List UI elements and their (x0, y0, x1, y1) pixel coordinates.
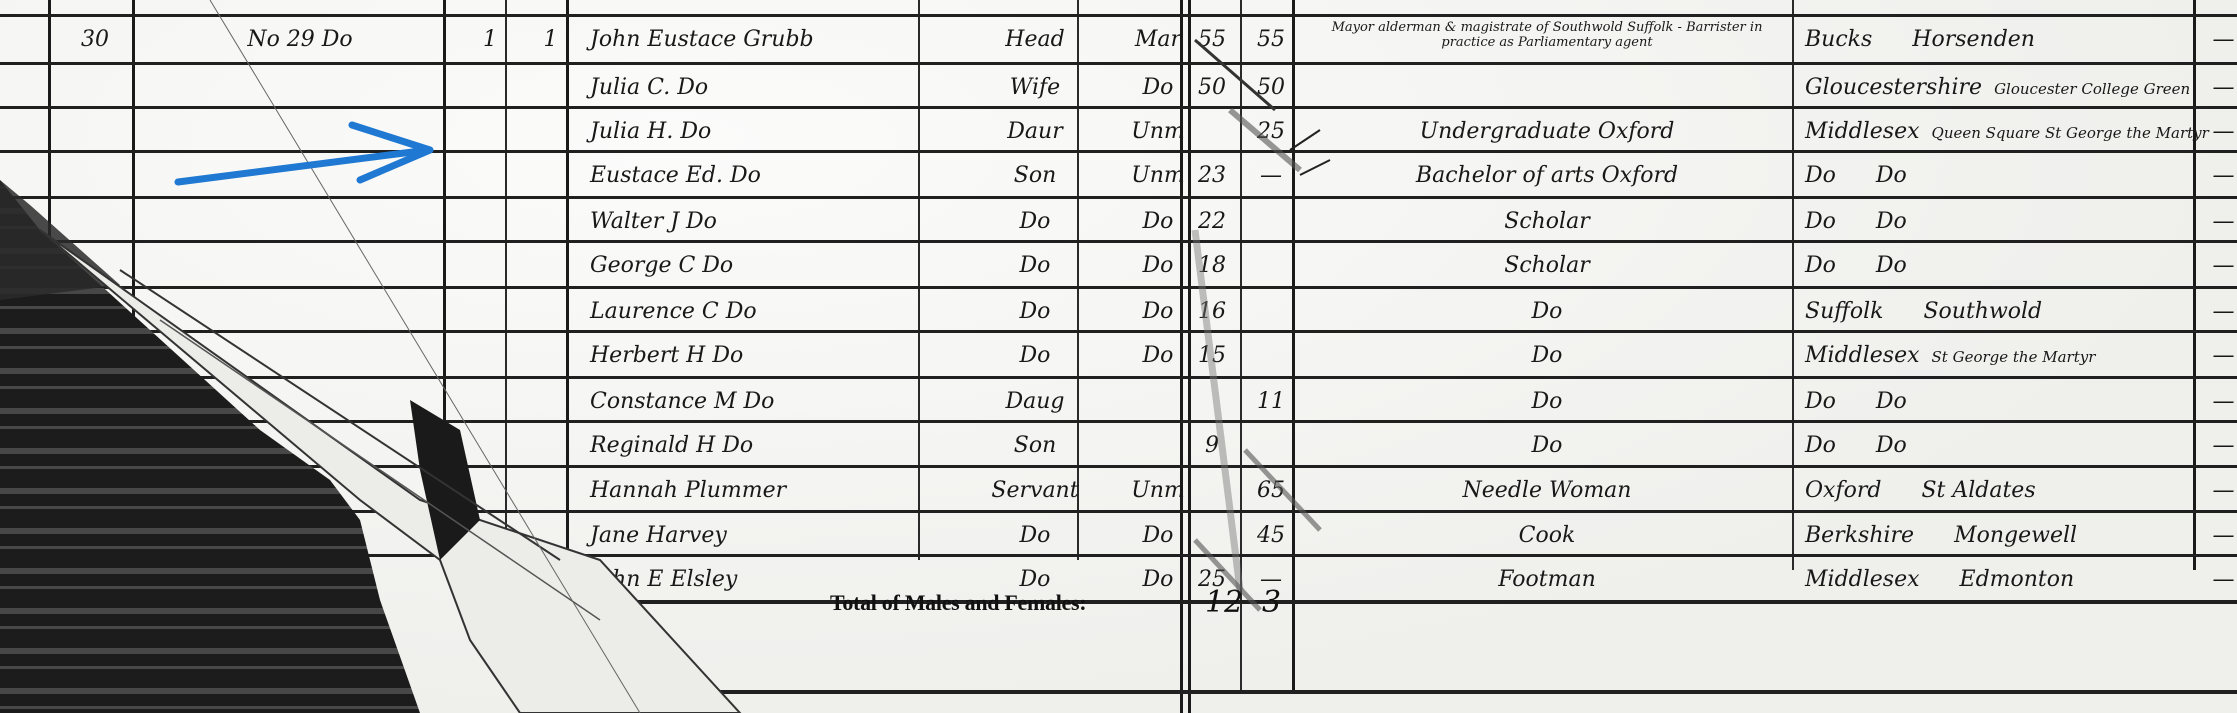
totals-label: Total of Males and Females: (830, 590, 1086, 616)
row-marker: — (2210, 288, 2237, 336)
birthplace-county: Bucks (1805, 27, 1872, 52)
occupation: Do (1312, 288, 1782, 336)
relation-to-head: Do (960, 242, 1110, 290)
occupation: Footman (1312, 556, 1782, 604)
person-name: Walter J Do (580, 198, 965, 246)
table-row: Reginald H DoSon9DoDoDo— (0, 422, 2237, 470)
birthplace-county: Gloucestershire (1805, 75, 1982, 100)
birthplace: OxfordSt Aldates (1795, 467, 2210, 515)
table-row: Eustace Ed. DoSonUnm23—Bachelor of arts … (0, 152, 2237, 200)
occupation (1312, 64, 1782, 112)
occupation: Cook (1312, 512, 1782, 560)
birthplace: DoDo (1795, 242, 2210, 290)
table-row: John E ElsleyDoDo25—FootmanMiddlesexEdmo… (0, 556, 2237, 604)
age-female (1246, 198, 1296, 246)
age-female: 65 (1246, 467, 1296, 515)
table-row: Jane HarveyDoDo45CookBerkshireMongewell— (0, 512, 2237, 560)
table-row: Hannah PlummerServantUnm65Needle WomanOx… (0, 467, 2237, 515)
birthplace-parish: Horsenden (1912, 27, 2035, 52)
age-male (1188, 467, 1236, 515)
relation-to-head: Son (960, 152, 1110, 200)
birthplace-county: Do (1805, 389, 1836, 414)
birthplace: GloucestershireGloucester College Green (1795, 64, 2210, 112)
occupation: Undergraduate Oxford (1312, 108, 1782, 156)
age-female (1246, 288, 1296, 336)
table-row: Herbert H DoDoDo15DoMiddlesexSt George t… (0, 332, 2237, 380)
birthplace-county: Do (1805, 253, 1836, 278)
birthplace-parish: Do (1876, 209, 1907, 234)
total-males: 12 (1205, 585, 1243, 620)
row-marker: — (2210, 152, 2237, 200)
birthplace-county: Oxford (1805, 478, 1881, 503)
age-male: 15 (1188, 332, 1236, 380)
table-row: John Eustace GrubbHeadMar5555Mayor alder… (0, 16, 2237, 64)
birthplace-county: Do (1805, 163, 1836, 188)
relation-to-head: Servant (960, 467, 1110, 515)
birthplace-county: Middlesex (1805, 343, 1920, 368)
person-name: Constance M Do (580, 378, 965, 426)
relation-to-head: Do (960, 198, 1110, 246)
person-name: Eustace Ed. Do (580, 152, 965, 200)
row-marker: — (2210, 467, 2237, 515)
relation-to-head: Head (960, 16, 1110, 64)
age-female: — (1246, 152, 1296, 200)
row-marker: — (2210, 16, 2237, 64)
person-name: John Eustace Grubb (580, 16, 965, 64)
table-row: Julia H. DoDaurUnm25Undergraduate Oxford… (0, 108, 2237, 156)
birthplace-county: Do (1805, 433, 1836, 458)
relation-to-head: Do (960, 332, 1110, 380)
birthplace-parish: Do (1876, 253, 1907, 278)
person-name: George C Do (580, 242, 965, 290)
birthplace: BerkshireMongewell (1795, 512, 2210, 560)
birthplace: DoDo (1795, 152, 2210, 200)
table-row: Julia C. DoWifeDo5050GloucestershireGlou… (0, 64, 2237, 112)
row-marker: — (2210, 64, 2237, 112)
age-male (1188, 512, 1236, 560)
row-marker: — (2210, 556, 2237, 604)
birthplace-parish: Gloucester College Green (1994, 80, 2190, 98)
age-male (1188, 108, 1236, 156)
occupation: Scholar (1312, 242, 1782, 290)
age-female: 11 (1246, 378, 1296, 426)
birthplace-parish: St George the Martyr (1932, 348, 2096, 366)
birthplace-parish: Do (1876, 433, 1907, 458)
age-male: 22 (1188, 198, 1236, 246)
birthplace: SuffolkSouthwold (1795, 288, 2210, 336)
occupation: Bachelor of arts Oxford (1312, 152, 1782, 200)
occupation: Needle Woman (1312, 467, 1782, 515)
birthplace: BucksHorsenden (1795, 16, 2210, 64)
table-row: George C DoDoDo18ScholarDoDo— (0, 242, 2237, 290)
age-female (1246, 332, 1296, 380)
row-marker: — (2210, 422, 2237, 470)
birthplace-parish: Do (1876, 163, 1907, 188)
age-male: 50 (1188, 64, 1236, 112)
person-name: Hannah Plummer (580, 467, 965, 515)
age-female (1246, 422, 1296, 470)
row-rule (690, 690, 2237, 694)
row-marker: — (2210, 378, 2237, 426)
relation-to-head: Wife (960, 64, 1110, 112)
birthplace-parish: Southwold (1923, 299, 2042, 324)
occupation: Do (1312, 422, 1782, 470)
age-male: 16 (1188, 288, 1236, 336)
person-name: Jane Harvey (580, 512, 965, 560)
census-page: 30 No 29 Do 1 1 John Eustace GrubbHeadMa… (0, 0, 2237, 713)
birthplace-county: Do (1805, 209, 1836, 234)
occupation: Do (1312, 378, 1782, 426)
occupation: Mayor alderman & magistrate of Southwold… (1312, 16, 1782, 68)
person-name: Reginald H Do (580, 422, 965, 470)
birthplace: MiddlesexSt George the Martyr (1795, 332, 2210, 380)
age-male: 18 (1188, 242, 1236, 290)
birthplace: DoDo (1795, 198, 2210, 246)
birthplace-parish: Edmonton (1960, 567, 2075, 592)
footer-fragment: ls as a (595, 663, 646, 686)
person-name: Herbert H Do (580, 332, 965, 380)
person-name: Julia H. Do (580, 108, 965, 156)
age-female: 25 (1246, 108, 1296, 156)
row-marker: — (2210, 242, 2237, 290)
birthplace-parish: Queen Square St George the Martyr (1932, 124, 2209, 142)
age-male: 55 (1188, 16, 1236, 64)
birthplace-parish: St Aldates (1921, 478, 2035, 503)
person-name: Laurence C Do (580, 288, 965, 336)
row-marker: — (2210, 332, 2237, 380)
birthplace-county: Middlesex (1805, 119, 1920, 144)
occupation: Do (1312, 332, 1782, 380)
age-female: 50 (1246, 64, 1296, 112)
row-marker: — (2210, 198, 2237, 246)
relation-to-head: Daur (960, 108, 1110, 156)
birthplace-county: Berkshire (1805, 523, 1914, 548)
age-male (1188, 378, 1236, 426)
row-marker: — (2210, 108, 2237, 156)
row-marker: — (2210, 512, 2237, 560)
birthplace: MiddlesexQueen Square St George the Mart… (1795, 108, 2210, 156)
relation-to-head: Do (960, 288, 1110, 336)
age-female: 45 (1246, 512, 1296, 560)
person-name: Julia C. Do (580, 64, 965, 112)
total-females: 3 (1262, 585, 1281, 620)
occupation: Scholar (1312, 198, 1782, 246)
age-male: 23 (1188, 152, 1236, 200)
birthplace-county: Middlesex (1805, 567, 1920, 592)
relation-to-head: Daug (960, 378, 1110, 426)
relation-to-head: Son (960, 422, 1110, 470)
birthplace-parish: Mongewell (1954, 523, 2077, 548)
birthplace: DoDo (1795, 378, 2210, 426)
birthplace-county: Suffolk (1805, 299, 1883, 324)
birthplace: MiddlesexEdmonton (1795, 556, 2210, 604)
birthplace: DoDo (1795, 422, 2210, 470)
relation-to-head: Do (960, 512, 1110, 560)
table-row: Laurence C DoDoDo16DoSuffolkSouthwold— (0, 288, 2237, 336)
birthplace-parish: Do (1876, 389, 1907, 414)
age-male: 9 (1188, 422, 1236, 470)
table-row: Walter J DoDoDo22ScholarDoDo— (0, 198, 2237, 246)
age-female: 55 (1246, 16, 1296, 64)
table-row: Constance M DoDaug11DoDoDo— (0, 378, 2237, 426)
age-female (1246, 242, 1296, 290)
